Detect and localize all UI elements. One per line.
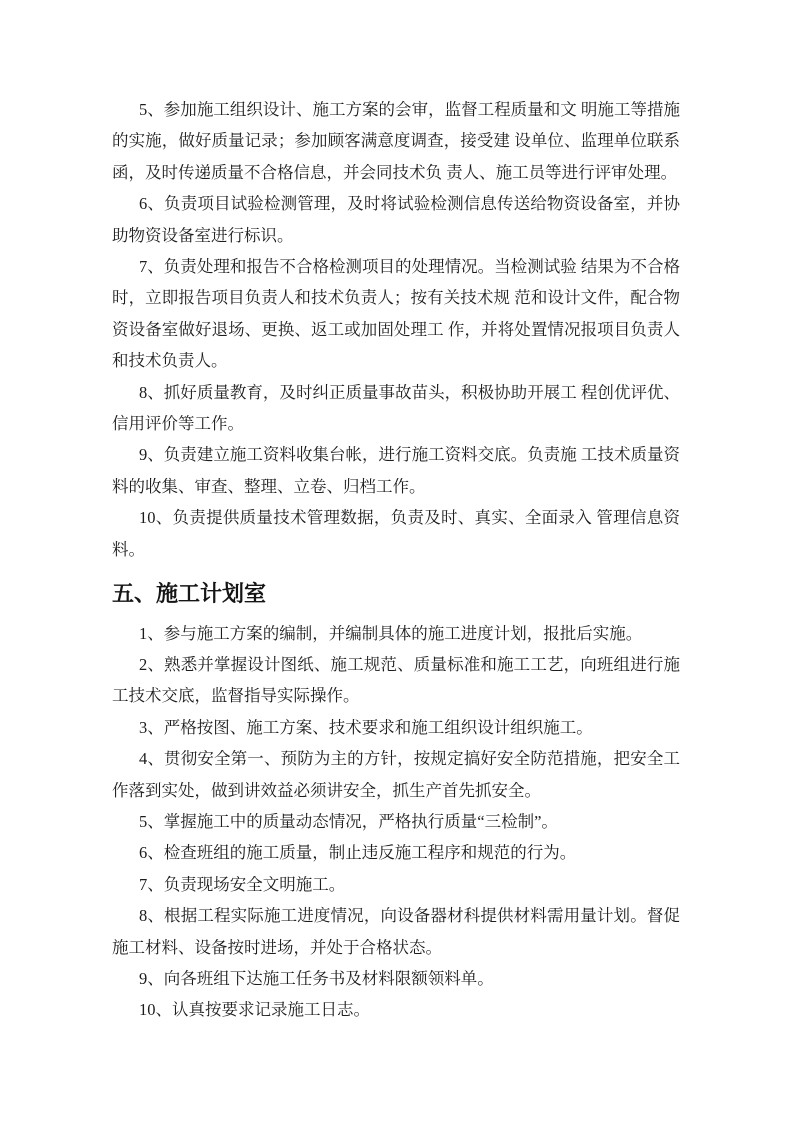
paragraph-quality-item-6: 6、负责项目试验检测管理，及时将试验检测信息传送给物资设备室，并协助物资设备室进… xyxy=(112,188,680,251)
paragraph-quality-item-8: 8、抓好质量教育，及时纠正质量事故苗头，积极协助开展工 程创优评优、信用评价等工… xyxy=(112,377,680,440)
paragraph-plan-item-6: 6、检查班组的施工质量，制止违反施工程序和规范的行为。 xyxy=(112,837,680,868)
paragraph-plan-item-3: 3、严格按图、施工方案、技术要求和施工组织设计组织施工。 xyxy=(112,712,680,743)
document-page: 5、参加施工组织设计、施工方案的会审，监督工程质量和文 明施工等措施的实施，做好… xyxy=(0,0,793,1122)
paragraph-plan-item-1: 1、参与施工方案的编制，并编制具体的施工进度计划，报批后实施。 xyxy=(112,618,680,649)
paragraph-plan-item-7: 7、负责现场安全文明施工。 xyxy=(112,869,680,900)
paragraph-quality-item-10: 10、负责提供质量技术管理数据，负责及时、真实、全面录入 管理信息资料。 xyxy=(112,502,680,565)
paragraph-plan-item-5: 5、掌握施工中的质量动态情况，严格执行质量“三检制”。 xyxy=(112,806,680,837)
paragraph-plan-item-9: 9、向各班组下达施工任务书及材料限额领料单。 xyxy=(112,963,680,994)
paragraph-plan-item-10: 10、认真按要求记录施工日志。 xyxy=(112,994,680,1025)
paragraph-quality-item-5: 5、参加施工组织设计、施工方案的会审，监督工程质量和文 明施工等措施的实施，做好… xyxy=(112,94,680,188)
paragraph-plan-item-4: 4、贯彻安全第一、预防为主的方针，按规定搞好安全防范措施，把安全工作落到实处，做… xyxy=(112,743,680,806)
paragraph-plan-item-2: 2、熟悉并掌握设计图纸、施工规范、质量标准和施工工艺，向班组进行施工技术交底，监… xyxy=(112,649,680,712)
section-heading-construction-planning-office: 五、施工计划室 xyxy=(112,578,680,609)
paragraph-quality-item-7: 7、负责处理和报告不合格检测项目的处理情况。当检测试验 结果为不合格时，立即报告… xyxy=(112,251,680,377)
paragraph-quality-item-9: 9、负责建立施工资料收集台帐，进行施工资料交底。负责施 工技术质量资料的收集、审… xyxy=(112,439,680,502)
paragraph-plan-item-8: 8、根据工程实际施工进度情况，向设备器材科提供材料需用量计划。督促施工材料、设备… xyxy=(112,900,680,963)
